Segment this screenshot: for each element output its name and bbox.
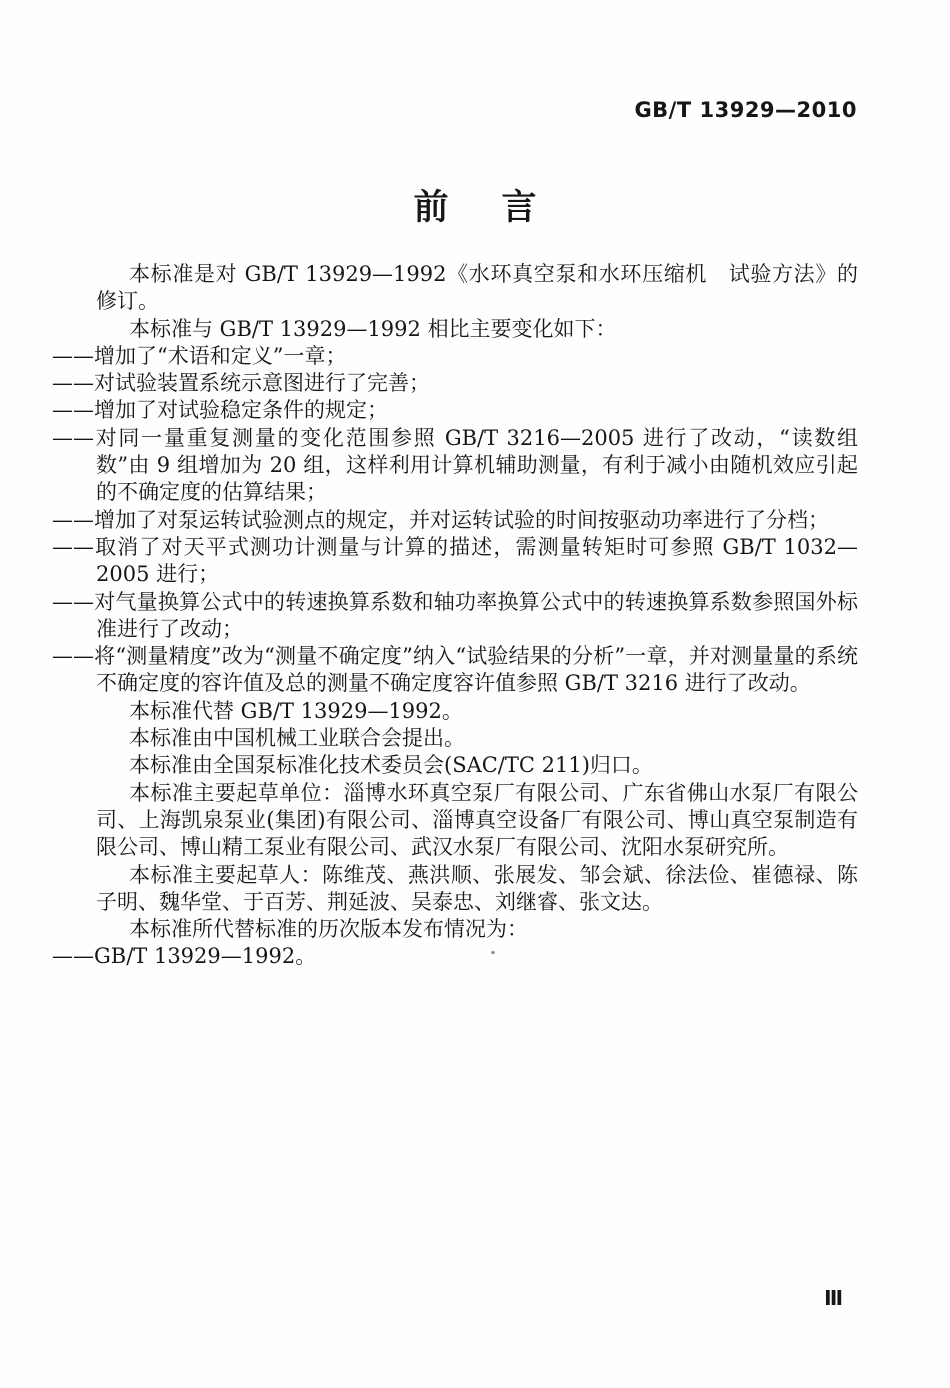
page-title: 前 言 <box>0 180 950 230</box>
change-list-item: ——将“测量精度”改为“测量不确定度”纳入“试验结果的分析”一章，并对测量量的系… <box>96 643 858 698</box>
paragraph: 本标准是对 GB/T 13929—1992《水环真空泵和水环压缩机 试验方法》的… <box>96 261 858 316</box>
change-list-item: ——增加了对试验稳定条件的规定； <box>96 397 858 424</box>
change-list-item: ——增加了对泵运转试验测点的规定，并对运转试验的时间按驱动功率进行了分档； <box>96 507 858 534</box>
standard-code: GB/T 13929—2010 <box>634 98 857 122</box>
document-page: GB/T 13929—2010 前 言 本标准是对 GB/T 13929—199… <box>0 0 950 1388</box>
paragraph: 本标准所代替标准的历次版本发布情况为： <box>96 916 858 943</box>
page-number: Ⅲ <box>824 1286 843 1310</box>
foreword-body: 本标准是对 GB/T 13929—1992《水环真空泵和水环压缩机 试验方法》的… <box>96 261 858 971</box>
paragraph: 本标准与 GB/T 13929—1992 相比主要变化如下： <box>96 316 858 343</box>
paragraph: 本标准代替 GB/T 13929—1992。 <box>96 698 858 725</box>
change-list-item: ——取消了对天平式测功计测量与计算的描述，需测量转矩时可参照 GB/T 1032… <box>96 534 858 589</box>
change-list-item: ——对试验装置系统示意图进行了完善； <box>96 370 858 397</box>
paragraph: 本标准主要起草人：陈维茂、燕洪顺、张展发、邹会斌、徐法俭、崔德禄、陈子明、魏华堂… <box>96 862 858 917</box>
change-list-item: ——对气量换算公式中的转速换算系数和轴功率换算公式中的转速换算系数参照国外标准进… <box>96 589 858 644</box>
change-list-item: ——增加了“术语和定义”一章； <box>96 343 858 370</box>
change-list-item: ——对同一量重复测量的变化范围参照 GB/T 3216—2005 进行了改动，“… <box>96 425 858 507</box>
paragraph: 本标准主要起草单位：淄博水环真空泵厂有限公司、广东省佛山水泵厂有限公司、上海凯泉… <box>96 780 858 862</box>
previous-edition-item: ——GB/T 13929—1992。 <box>96 943 858 970</box>
scan-artifact-dot <box>491 951 495 954</box>
paragraph: 本标准由全国泵标准化技术委员会(SAC/TC 211)归口。 <box>96 752 858 779</box>
paragraph: 本标准由中国机械工业联合会提出。 <box>96 725 858 752</box>
